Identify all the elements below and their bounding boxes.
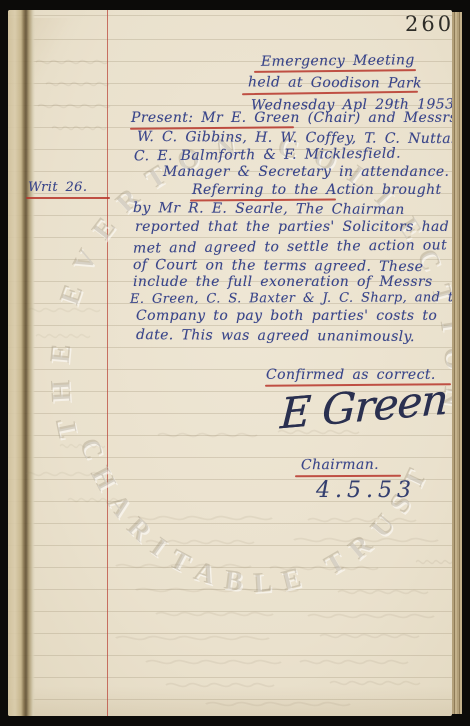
heading-line-1: Emergency Meeting bbox=[261, 52, 415, 70]
attendance-line-3: C. E. Balmforth & F. Micklesfield. bbox=[134, 146, 401, 165]
attendance-line-2: W. C. Gibbins, H. W. Coffey, T. C. Nutta… bbox=[137, 129, 452, 147]
watermark-bottom-highlight: CHARITABLE TRUST bbox=[74, 436, 439, 601]
attendance-line-4: Manager & Secretary in attendance. bbox=[163, 164, 449, 180]
ruled-paper-page: THE EVERTON COLLECTION CHARITABLE TRUST … bbox=[8, 10, 452, 716]
minute-line-3: reported that the parties' Solicitors ha… bbox=[135, 219, 449, 235]
minute-line-4: met and agreed to settle the action out bbox=[133, 237, 447, 256]
minute-line-6: include the full exoneration of Messrs bbox=[133, 274, 433, 290]
svg-text:CHARITABLE TRUST: CHARITABLE TRUST bbox=[74, 436, 439, 601]
red-underline-heading-1 bbox=[254, 69, 416, 72]
red-underline-heading-2 bbox=[242, 91, 418, 95]
stacked-page-edges bbox=[452, 12, 462, 714]
margin-note: Writ 26. bbox=[28, 180, 87, 195]
red-underline-chairman bbox=[295, 475, 401, 477]
red-underline-margin-note bbox=[26, 197, 110, 199]
attendance-line-1: Present: Mr E. Green (Chair) and Messrs bbox=[131, 110, 452, 126]
page-number: 260 bbox=[405, 12, 452, 36]
minute-line-2: by Mr R. E. Searle, The Chairman bbox=[133, 200, 405, 218]
scanned-minute-book-page: THE EVERTON COLLECTION CHARITABLE TRUST … bbox=[0, 0, 470, 726]
confirmation-date: 4.5.53 bbox=[316, 478, 416, 503]
red-margin-rule bbox=[107, 10, 108, 716]
svg-text:CHARITABLE TRUST: CHARITABLE TRUST bbox=[73, 434, 438, 599]
minute-line-5: of Court on the terms agreed. These bbox=[133, 257, 423, 275]
minute-line-9: date. This was agreed unanimously. bbox=[136, 327, 415, 345]
minute-line-8: Company to pay both parties' costs to bbox=[136, 308, 437, 324]
chairman-label: Chairman. bbox=[301, 457, 379, 473]
watermark-bottom-text: CHARITABLE TRUST bbox=[73, 434, 438, 599]
binding-gutter bbox=[8, 10, 35, 716]
minute-line-7: E. Green, C. S. Baxter & J. C. Sharp, an… bbox=[130, 290, 452, 307]
minute-line-1: Referring to the Action brought bbox=[192, 182, 442, 198]
heading-line-2: held at Goodison Park bbox=[248, 74, 422, 91]
